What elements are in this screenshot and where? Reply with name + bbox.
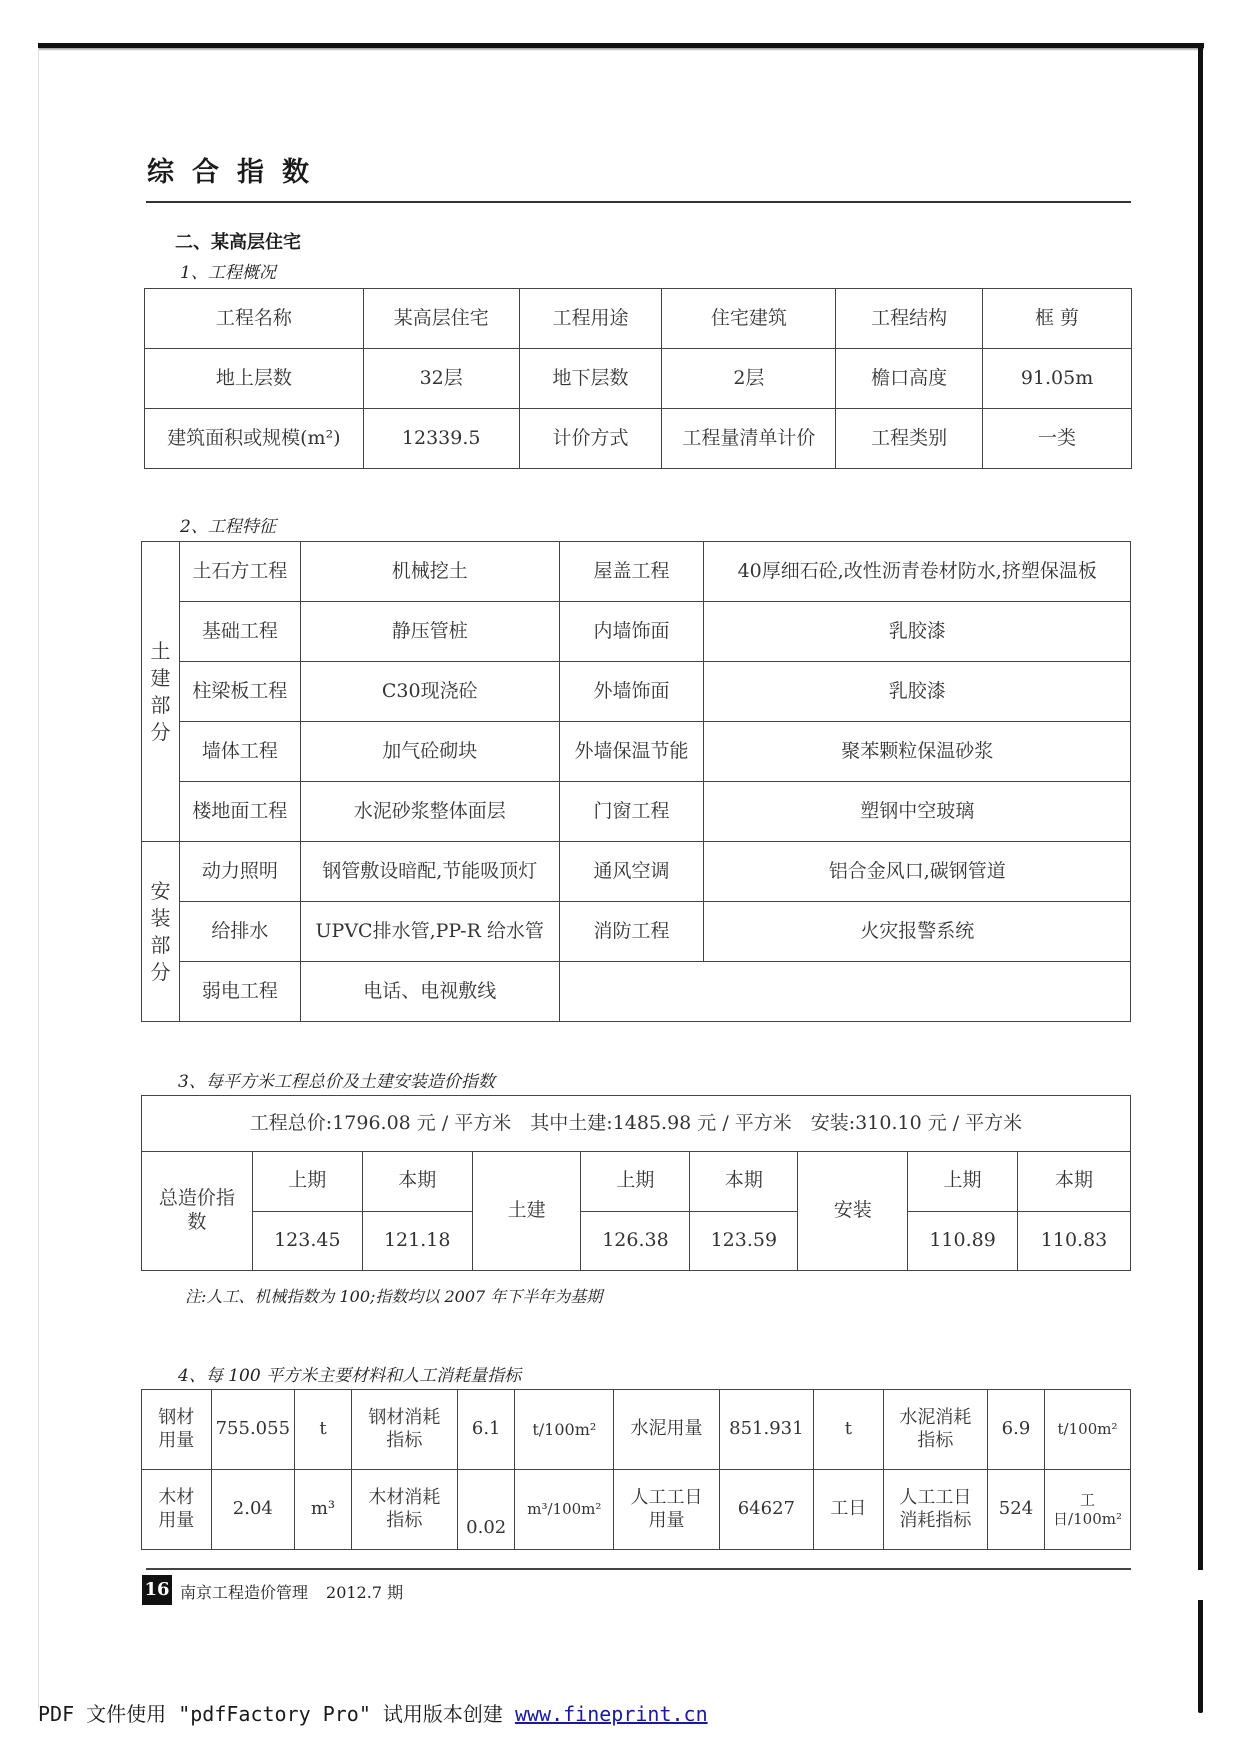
item-cell: 墙体工程 — [179, 722, 300, 782]
value-cell: 电话、电视敷线 — [300, 962, 559, 1022]
material-label: 水泥用量 — [614, 1390, 719, 1470]
table-row: 柱梁板工程 C30现浇砼 外墙饰面 乳胶漆 — [142, 662, 1131, 722]
value-cell: 火灾报警系统 — [704, 902, 1131, 962]
item-cell: 外墙饰面 — [559, 662, 704, 722]
value-cell: 一类 — [983, 409, 1132, 469]
group-label-civil: 土建部分 — [142, 542, 180, 842]
item-cell: 动力照明 — [179, 842, 300, 902]
value-cell: 框 剪 — [983, 289, 1132, 349]
group-label-install: 安装部分 — [142, 842, 180, 1022]
value-cell: 静压管桩 — [300, 602, 559, 662]
label-cell: 地下层数 — [519, 349, 662, 409]
table-row: 建筑面积或规模(m²) 12339.5 计价方式 工程量清单计价 工程类别 一类 — [145, 409, 1132, 469]
table-row: 楼地面工程 水泥砂浆整体面层 门窗工程 塑钢中空玻璃 — [142, 782, 1131, 842]
item-cell: 给排水 — [179, 902, 300, 962]
value-cell: 40厚细石砼,改性沥青卷材防水,挤塑保温板 — [704, 542, 1131, 602]
table-row: 安装部分 动力照明 钢管敷设暗配,节能吸顶灯 通风空调 铝合金风口,碳钢管道 — [142, 842, 1131, 902]
label-cell: 工程结构 — [836, 289, 983, 349]
index-value: 0.02 — [458, 1470, 515, 1550]
label-cell: 工程类别 — [836, 409, 983, 469]
civil-prev-value: 126.38 — [581, 1211, 690, 1271]
overview-title: 1、工程概况 — [180, 258, 276, 283]
features-table: 土建部分 土石方工程 机械挖土 屋盖工程 40厚细石砼,改性沥青卷材防水,挤塑保… — [141, 541, 1131, 1022]
prev-period-header: 上期 — [908, 1152, 1018, 1212]
value-cell: 2层 — [662, 349, 836, 409]
value-cell: 铝合金风口,碳钢管道 — [704, 842, 1131, 902]
pdf-watermark: PDF 文件使用 "pdfFactory Pro" 试用版本创建 www.fin… — [38, 1698, 708, 1727]
value-cell: 91.05m — [983, 349, 1132, 409]
index-label: 人工工日消耗指标 — [883, 1470, 987, 1550]
scan-border-left — [38, 48, 39, 1708]
material-value: 64627 — [719, 1470, 813, 1550]
value-cell: 某高层住宅 — [363, 289, 519, 349]
table-row: 土建部分 土石方工程 机械挖土 屋盖工程 40厚细石砼,改性沥青卷材防水,挤塑保… — [142, 542, 1131, 602]
index-unit: 工日/100m² — [1045, 1470, 1131, 1550]
value-cell: 住宅建筑 — [662, 289, 836, 349]
page-heading: 综合指数 — [147, 150, 327, 189]
material-value: 851.931 — [719, 1390, 813, 1470]
scan-border-gap — [1196, 1570, 1205, 1600]
empty-cell — [559, 962, 1130, 1022]
table-row: 木材用量 2.04 m³ 木材消耗指标 0.02 m³/100m² 人工工日用量… — [142, 1470, 1131, 1550]
label-cell: 工程用途 — [519, 289, 662, 349]
index-unit: t/100m² — [515, 1390, 614, 1470]
cost-summary: 工程总价:1796.08 元 / 平方米 其中土建:1485.98 元 / 平方… — [142, 1096, 1131, 1152]
index-unit: m³/100m² — [515, 1470, 614, 1550]
value-cell: 12339.5 — [363, 409, 519, 469]
material-unit: t — [813, 1390, 883, 1470]
item-cell: 外墙保温节能 — [559, 722, 704, 782]
item-cell: 门窗工程 — [559, 782, 704, 842]
material-label: 木材用量 — [142, 1470, 212, 1550]
table-row: 工程总价:1796.08 元 / 平方米 其中土建:1485.98 元 / 平方… — [142, 1096, 1131, 1152]
value-cell: 机械挖土 — [300, 542, 559, 602]
watermark-text: PDF 文件使用 "pdfFactory Pro" 试用版本创建 — [38, 1702, 515, 1726]
install-label: 安装 — [798, 1152, 908, 1271]
value-cell: 32层 — [363, 349, 519, 409]
heading-divider — [146, 201, 1131, 203]
cost-index-title: 3、每平方米工程总价及土建安装造价指数 — [178, 1067, 495, 1092]
features-title: 2、工程特征 — [180, 512, 276, 537]
value-cell: 加气砼砌块 — [300, 722, 559, 782]
value-cell: 乳胶漆 — [704, 602, 1131, 662]
value-cell: 塑钢中空玻璃 — [704, 782, 1131, 842]
item-cell: 内墙饰面 — [559, 602, 704, 662]
civil-label: 土建 — [472, 1152, 581, 1271]
cost-index-table: 工程总价:1796.08 元 / 平方米 其中土建:1485.98 元 / 平方… — [141, 1095, 1131, 1271]
value-cell: 水泥砂浆整体面层 — [300, 782, 559, 842]
index-label: 钢材消耗指标 — [351, 1390, 457, 1470]
material-unit: t — [295, 1390, 352, 1470]
footer-divider — [146, 1568, 1131, 1570]
table-row: 总造价指数 上期 本期 土建 上期 本期 安装 上期 本期 — [142, 1152, 1131, 1212]
prev-period-header: 上期 — [252, 1152, 362, 1212]
curr-period-header: 本期 — [690, 1152, 798, 1212]
materials-table: 钢材用量 755.055 t 钢材消耗指标 6.1 t/100m² 水泥用量 8… — [141, 1389, 1131, 1550]
material-value: 2.04 — [211, 1470, 295, 1550]
value-cell: UPVC排水管,PP-R 给水管 — [300, 902, 559, 962]
journal-issue: 2012.7 期 — [326, 1583, 403, 1602]
value-cell: 乳胶漆 — [704, 662, 1131, 722]
curr-period-header: 本期 — [1018, 1152, 1131, 1212]
item-cell: 消防工程 — [559, 902, 704, 962]
section-title: 二、某高层住宅 — [175, 228, 301, 254]
overview-table: 工程名称 某高层住宅 工程用途 住宅建筑 工程结构 框 剪 地上层数 32层 地… — [144, 288, 1132, 469]
item-cell: 土石方工程 — [179, 542, 300, 602]
index-value: 6.9 — [987, 1390, 1044, 1470]
index-unit: t/100m² — [1045, 1390, 1131, 1470]
material-unit: m³ — [295, 1470, 352, 1550]
scan-border-right — [1198, 43, 1203, 1713]
value-cell: 工程量清单计价 — [662, 409, 836, 469]
materials-title: 4、每 100 平方米主要材料和人工消耗量指标 — [178, 1361, 521, 1386]
total-prev-value: 123.45 — [252, 1211, 362, 1271]
footer-journal: 南京工程造价管理2012.7 期 — [180, 1580, 403, 1603]
item-cell: 柱梁板工程 — [179, 662, 300, 722]
table-row: 钢材用量 755.055 t 钢材消耗指标 6.1 t/100m² 水泥用量 8… — [142, 1390, 1131, 1470]
item-cell: 基础工程 — [179, 602, 300, 662]
page-number: 16 — [142, 1575, 172, 1605]
curr-period-header: 本期 — [362, 1152, 472, 1212]
total-curr-value: 121.18 — [362, 1211, 472, 1271]
material-value: 755.055 — [211, 1390, 295, 1470]
install-prev-value: 110.89 — [908, 1211, 1018, 1271]
table-row: 工程名称 某高层住宅 工程用途 住宅建筑 工程结构 框 剪 — [145, 289, 1132, 349]
index-value: 6.1 — [458, 1390, 515, 1470]
table-row: 基础工程 静压管桩 内墙饰面 乳胶漆 — [142, 602, 1131, 662]
watermark-link[interactable]: www.fineprint.cn — [515, 1702, 708, 1726]
item-cell: 屋盖工程 — [559, 542, 704, 602]
label-cell: 建筑面积或规模(m²) — [145, 409, 364, 469]
index-value: 524 — [987, 1470, 1044, 1550]
material-label: 人工工日用量 — [614, 1470, 719, 1550]
label-cell: 计价方式 — [519, 409, 662, 469]
table-row: 地上层数 32层 地下层数 2层 檐口高度 91.05m — [145, 349, 1132, 409]
civil-curr-value: 123.59 — [690, 1211, 798, 1271]
table-row: 给排水 UPVC排水管,PP-R 给水管 消防工程 火灾报警系统 — [142, 902, 1131, 962]
journal-name: 南京工程造价管理 — [180, 1583, 308, 1602]
value-cell: C30现浇砼 — [300, 662, 559, 722]
index-label: 木材消耗指标 — [351, 1470, 457, 1550]
label-cell: 地上层数 — [145, 349, 364, 409]
index-label: 水泥消耗指标 — [883, 1390, 987, 1470]
material-label: 钢材用量 — [142, 1390, 212, 1470]
table-row: 弱电工程 电话、电视敷线 — [142, 962, 1131, 1022]
total-index-label: 总造价指数 — [142, 1152, 253, 1271]
prev-period-header: 上期 — [581, 1152, 690, 1212]
item-cell: 楼地面工程 — [179, 782, 300, 842]
item-cell: 通风空调 — [559, 842, 704, 902]
index-note: 注:人工、机械指数为 100;指数均以 2007 年下半年为基期 — [185, 1284, 602, 1307]
value-cell: 聚苯颗粒保温砂浆 — [704, 722, 1131, 782]
table-row: 123.45 121.18 126.38 123.59 110.89 110.8… — [142, 1211, 1131, 1271]
label-cell: 工程名称 — [145, 289, 364, 349]
value-cell: 钢管敷设暗配,节能吸顶灯 — [300, 842, 559, 902]
material-unit: 工日 — [813, 1470, 883, 1550]
item-cell: 弱电工程 — [179, 962, 300, 1022]
install-curr-value: 110.83 — [1018, 1211, 1131, 1271]
table-row: 墙体工程 加气砼砌块 外墙保温节能 聚苯颗粒保温砂浆 — [142, 722, 1131, 782]
scan-shadow — [38, 48, 1204, 51]
label-cell: 檐口高度 — [836, 349, 983, 409]
